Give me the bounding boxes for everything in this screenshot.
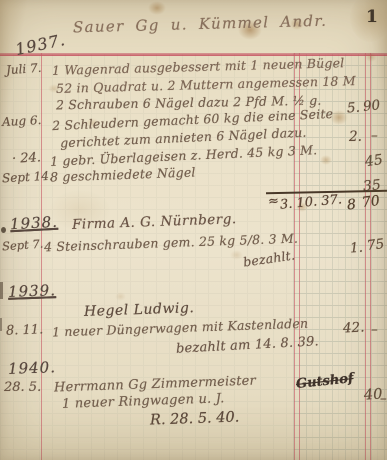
binding-mark — [0, 282, 3, 299]
amount-mark: 5. — [346, 100, 360, 117]
amount-pfennig: – — [371, 128, 378, 144]
sum-flourish: ≈ — [267, 194, 279, 210]
page-number: 1 — [366, 7, 378, 27]
entry-date: Aug 6. — [2, 113, 42, 129]
paid-note: bezahlt am 14. 8. 39. — [176, 334, 320, 356]
amount-mark: 1. — [349, 240, 363, 257]
sum-pfennig: 70 — [361, 193, 381, 211]
entry-line: 4 Steinschrauben gem. 25 kg 5/8. 3 M. — [44, 231, 298, 255]
year-1939: 1939. — [8, 281, 57, 301]
sum-date: 3. 10. 37. — [279, 192, 342, 212]
year-1938: 1938. — [10, 213, 59, 233]
amount-pfennig: – — [371, 322, 378, 338]
ink-speck — [1, 227, 6, 233]
ledger-page: Sauer Gg u. Kümmel Andr. 1 1937. Juli 7.… — [0, 0, 387, 460]
red-rule-vertical-left — [41, 53, 42, 460]
account-name: Firma A. G. Nürnberg. — [72, 211, 237, 233]
ledger-title: Sauer Gg u. Kümmel Andr. — [73, 12, 328, 37]
stain — [320, 155, 332, 165]
stain — [230, 250, 243, 260]
entry-date: Juli 7. — [6, 61, 42, 77]
stain — [148, 1, 166, 15]
entry-date: 28. 5. — [4, 380, 41, 395]
amount-pfennig: 90 — [362, 97, 381, 115]
entry-date: 8. 11. — [6, 322, 44, 338]
entry-date: · 24. — [12, 150, 42, 166]
entry-line: Herrmann Gg Zimmermeister — [54, 373, 256, 395]
paid-note: bezahlt. — [242, 247, 296, 269]
entry-date: Sept 7. — [2, 237, 44, 254]
amount-pfennig: 45 — [364, 152, 384, 170]
entry-date: Sept 14. — [2, 169, 53, 186]
amount-pfennig: – — [380, 391, 387, 407]
binding-mark — [0, 318, 2, 331]
amount-mark: 2. — [349, 129, 362, 145]
amount-mark: 42. — [343, 319, 365, 336]
stain — [115, 292, 126, 301]
year-1940: 1940. — [8, 358, 57, 378]
sum-mark: 8 — [346, 197, 357, 214]
account-name: Hegel Ludwig. — [84, 300, 195, 320]
amount-pfennig: 75 — [366, 236, 385, 254]
struck-word: Gutshof — [295, 371, 354, 392]
entry-line: R. 28. 5. 40. — [150, 409, 240, 428]
